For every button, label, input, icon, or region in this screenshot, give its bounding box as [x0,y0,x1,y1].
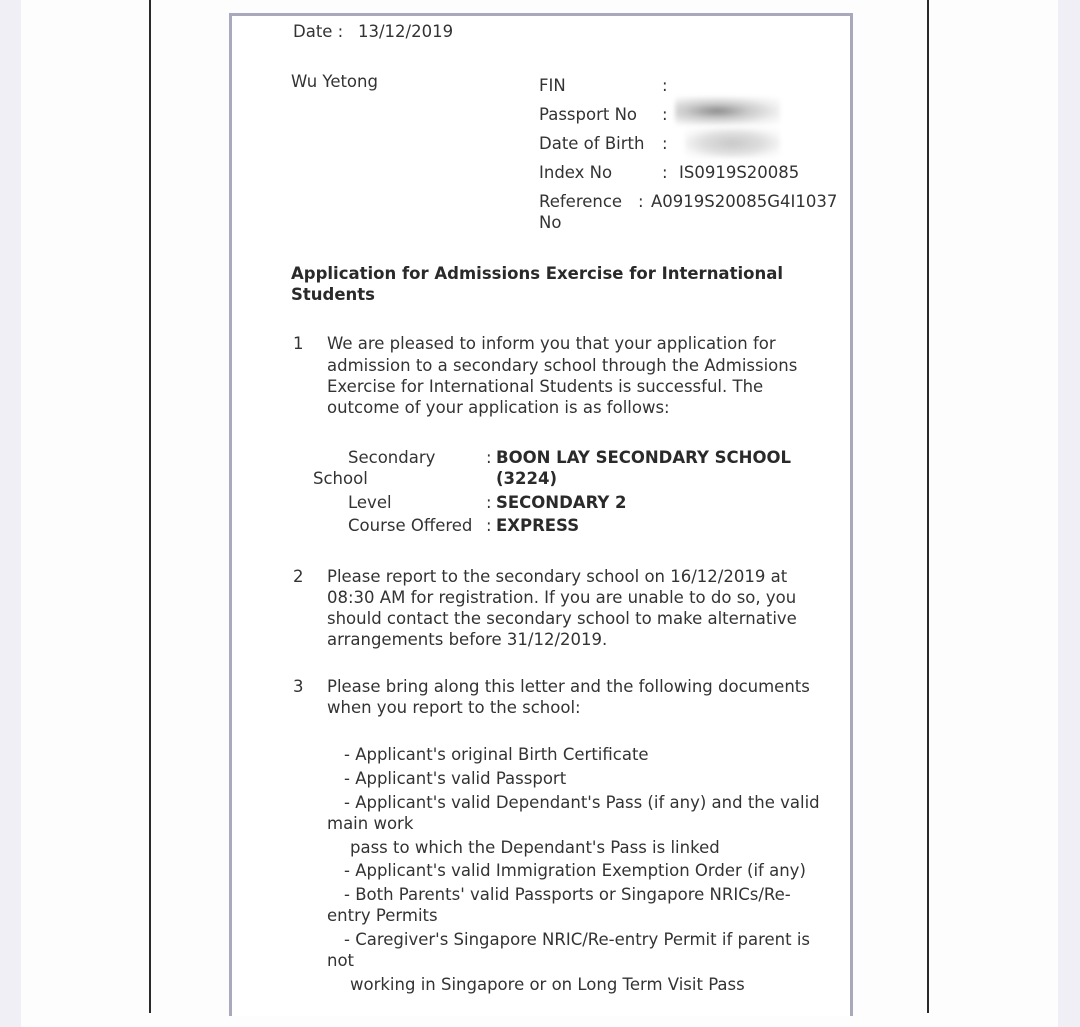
paragraph-2-line: Please report to the secondary school on… [327,566,787,587]
field-label-reference-line2: No [539,212,561,233]
document-item-wrap: entry Permits [327,905,438,926]
paragraph-3-line: when you report to the school: [327,697,581,718]
paragraph-1-line: outcome of your application is as follow… [327,397,670,418]
field-sep-passport: : [662,104,668,125]
redacted-dob-value [685,128,780,158]
field-label-dob: Date of Birth [539,133,644,154]
outcome-label-course: Course Offered [348,515,472,536]
outcome-value-course: EXPRESS [496,515,579,536]
paragraph-1-line: admission to a secondary school through … [327,355,797,376]
paragraph-number-2: 2 [293,566,304,587]
paragraph-number-1: 1 [293,333,304,354]
field-sep-reference: : [638,191,644,212]
field-value-reference: A0919S20085G4I1037 [651,191,837,212]
document-item: - Applicant's valid Immigration Exemptio… [344,860,806,881]
document-item-wrap: not [327,950,354,971]
outcome-value-school: BOON LAY SECONDARY SCHOOL [496,447,791,468]
redacted-passport-value [675,97,780,125]
paragraph-3-line: Please bring along this letter and the f… [327,676,810,697]
page-right-border [927,0,929,1013]
subject-heading-line2: Students [291,284,375,305]
subject-heading: Application for Admissions Exercise for … [291,263,783,284]
outcome-value-school-code: (3224) [496,468,557,489]
paragraph-2-line: arrangements before 31/12/2019. [327,629,607,650]
field-value-index: IS0919S20085 [679,162,799,183]
outcome-sep-course: : [486,515,492,536]
outcome-value-level: SECONDARY 2 [496,492,627,513]
document-item: - Caregiver's Singapore NRIC/Re-entry Pe… [344,929,810,950]
document-item: - Applicant's original Birth Certificate [344,744,649,765]
document-item-wrap: pass to which the Dependant's Pass is li… [350,837,720,858]
field-label-index: Index No [539,162,612,183]
document-item: - Applicant's valid Dependant's Pass (if… [344,792,820,813]
document-item-wrap: working in Singapore or on Long Term Vis… [350,974,745,995]
outcome-label-level: Level [348,492,392,513]
paragraph-1-line: We are pleased to inform you that your a… [327,333,776,354]
document-item: - Applicant's valid Passport [344,768,566,789]
outcome-sep-level: : [486,492,492,513]
field-sep-fin: : [662,75,668,96]
page-left-border [149,0,151,1013]
field-label-reference: Reference [539,191,622,212]
recipient-name: Wu Yetong [291,71,378,92]
outcome-sep-school: : [486,447,492,468]
date-label: Date : [293,21,343,42]
paragraph-2-line: 08:30 AM for registration. If you are un… [327,587,796,608]
paragraph-number-3: 3 [293,676,304,697]
paragraph-2-line: should contact the secondary school to m… [327,608,797,629]
outcome-label-school-line2: School [313,468,368,489]
date-value: 13/12/2019 [358,21,453,42]
field-sep-dob: : [662,133,668,154]
field-label-passport: Passport No [539,104,637,125]
document-item-wrap: main work [327,813,413,834]
paragraph-1-line: Exercise for International Students is s… [327,376,763,397]
outcome-label-school: Secondary [348,447,435,468]
document-item: - Both Parents' valid Passports or Singa… [344,884,791,905]
field-sep-index: : [662,162,668,183]
field-label-fin: FIN [539,75,566,96]
